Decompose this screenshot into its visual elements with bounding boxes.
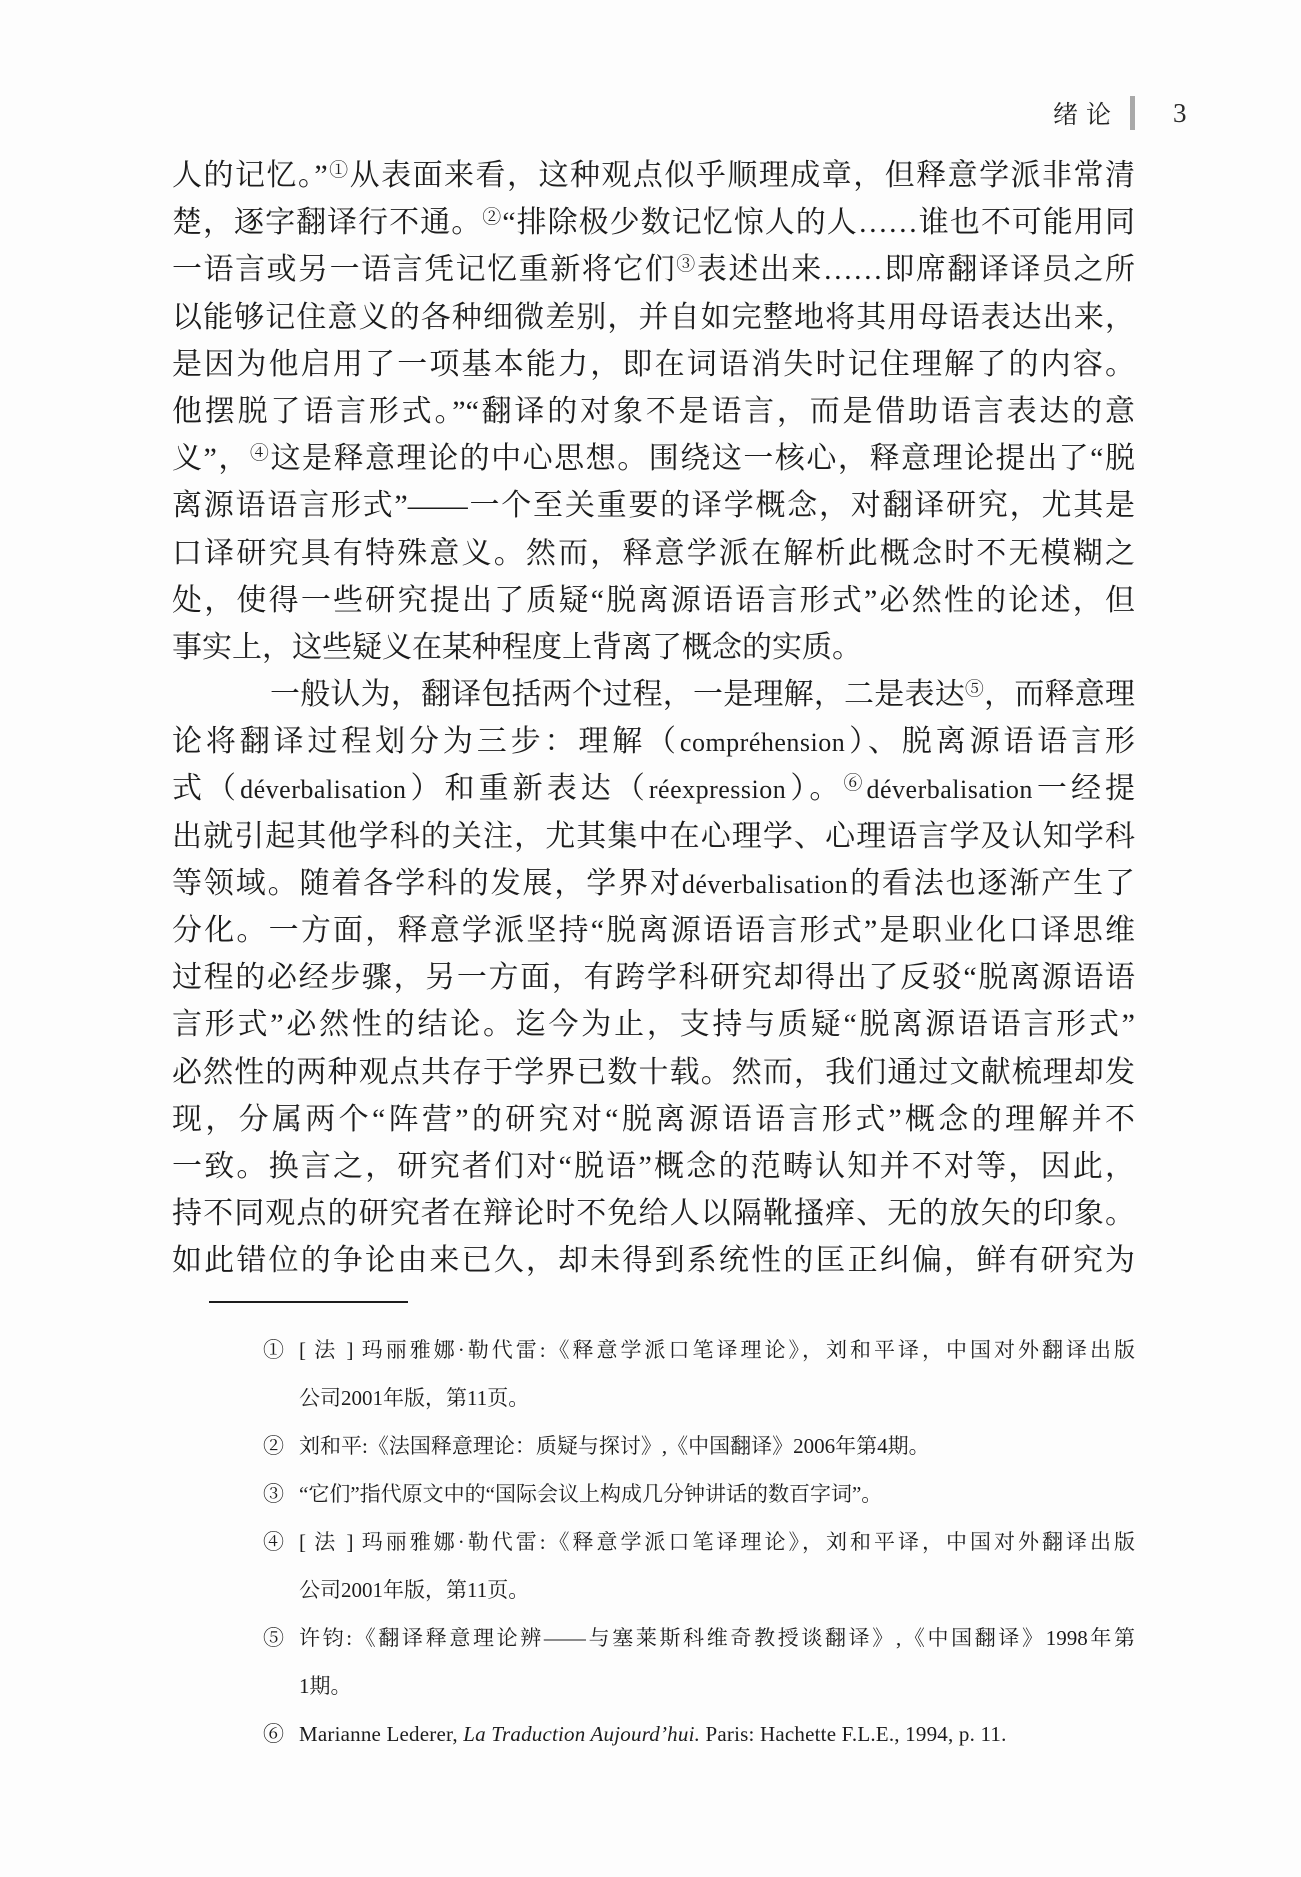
footnote-ref: ②	[482, 207, 502, 228]
page-number: 3	[1173, 98, 1187, 129]
latin-term: déverbalisation	[867, 775, 1033, 804]
latin-term: Marianne Lederer,	[299, 1722, 463, 1746]
book-page: 绪论 3 人的记忆。”①从表面来看，这种观点似乎顺理成章，但释意学派非常清楚，逐…	[0, 0, 1301, 1877]
header-divider	[1130, 96, 1135, 130]
footnote-entry: ③“它们”指代原文中的“国际会议上构成几分钟讲话的数百字词”。	[263, 1470, 1135, 1518]
footnote-marker: ⑤	[263, 1614, 299, 1662]
latin-term: Paris: Hachette F.L.E., 1994, p. 11.	[700, 1722, 1006, 1746]
footnote-line: Marianne Lederer, La Traduction Aujourd’…	[299, 1710, 1135, 1758]
body-text-line: 过程的必经步骤，另一方面，有跨学科研究却得出了反驳“脱离源语语	[172, 954, 1135, 1001]
footnotes: ①[ 法 ] 玛丽雅娜·勒代雷:《释意学派口笔译理论》，刘和平译，中国对外翻译出…	[263, 1326, 1135, 1758]
paragraph: 人的记忆。”①从表面来看，这种观点似乎顺理成章，但释意学派非常清楚，逐字翻译行不…	[172, 152, 1135, 671]
latin-term: déverbalisation	[682, 870, 848, 899]
footnote-text: 许钧:《翻译释意理论辨——与塞莱斯科维奇教授谈翻译》,《中国翻译》1998年第1…	[299, 1614, 1135, 1710]
body-text-line: 以能够记住意义的各种细微差别，并自如完整地将其用母语表达出来，	[172, 294, 1135, 341]
body-text-line: 一致。换言之，研究者们对“脱语”概念的范畴认知并不对等，因此，	[172, 1143, 1135, 1190]
body-text-line: 他摆脱了语言形式。”“翻译的对象不是语言，而是借助语言表达的意	[172, 388, 1135, 435]
footnote-line: 公司2001年版，第11页。	[299, 1566, 1135, 1614]
footnote-ref: ⑤	[965, 679, 984, 700]
paragraph: 一般认为，翻译包括两个过程，一是理解，二是表达⑤，而释意理论将翻译过程划分为三步…	[172, 671, 1135, 1284]
footnote-ref: ③	[676, 254, 697, 275]
footnote-entry: ①[ 法 ] 玛丽雅娜·勒代雷:《释意学派口笔译理论》，刘和平译，中国对外翻译出…	[263, 1326, 1135, 1422]
footnote-line: 公司2001年版，第11页。	[299, 1374, 1135, 1422]
body-text-line: 处，使得一些研究提出了质疑“脱离源语语言形式”必然性的论述，但	[172, 577, 1135, 624]
footnote-line: 刘和平:《法国释意理论：质疑与探讨》,《中国翻译》2006年第4期。	[299, 1422, 1135, 1470]
footnote-marker: ③	[263, 1470, 299, 1518]
body-text-line: 义”，④这是释意理论的中心思想。围绕这一核心，释意理论提出了“脱	[172, 435, 1135, 482]
footnote-entry: ②刘和平:《法国释意理论：质疑与探讨》,《中国翻译》2006年第4期。	[263, 1422, 1135, 1470]
footnote-text: Marianne Lederer, La Traduction Aujourd’…	[299, 1710, 1135, 1758]
footnote-marker: ⑥	[263, 1710, 299, 1758]
footnote-line: 1期。	[299, 1662, 1135, 1710]
main-text: 人的记忆。”①从表面来看，这种观点似乎顺理成章，但释意学派非常清楚，逐字翻译行不…	[172, 152, 1135, 1285]
footnote-marker: ①	[263, 1326, 299, 1374]
body-text-line: 式（déverbalisation）和重新表达（réexpression）。⑥d…	[172, 765, 1135, 812]
latin-term: compréhension	[680, 728, 845, 757]
footnote-line: 许钧:《翻译释意理论辨——与塞莱斯科维奇教授谈翻译》,《中国翻译》1998年第	[299, 1614, 1135, 1662]
body-text-line: 必然性的两种观点共存于学界已数十载。然而，我们通过文献梳理却发	[172, 1049, 1135, 1096]
footnote-entry: ⑤许钧:《翻译释意理论辨——与塞莱斯科维奇教授谈翻译》,《中国翻译》1998年第…	[263, 1614, 1135, 1710]
footnote-text: 刘和平:《法国释意理论：质疑与探讨》,《中国翻译》2006年第4期。	[299, 1422, 1135, 1470]
body-text-line: 一般认为，翻译包括两个过程，一是理解，二是表达⑤，而释意理	[172, 671, 1135, 718]
body-text-line: 论将翻译过程划分为三步：理解（compréhension）、脱离源语语言形	[172, 718, 1135, 765]
footnote-text: [ 法 ] 玛丽雅娜·勒代雷:《释意学派口笔译理论》，刘和平译，中国对外翻译出版…	[299, 1518, 1135, 1614]
footnote-ref: ④	[250, 443, 271, 464]
footnote-entry: ⑥Marianne Lederer, La Traduction Aujourd…	[263, 1710, 1135, 1758]
body-text-line: 言形式”必然性的结论。迄今为止，支持与质疑“脱离源语语言形式”	[172, 1001, 1135, 1048]
page-header: 绪论 3	[1053, 94, 1187, 132]
body-text-line: 口译研究具有特殊意义。然而，释意学派在解析此概念时不无模糊之	[172, 530, 1135, 577]
latin-term: réexpression	[649, 775, 786, 804]
footnote-marker: ②	[263, 1422, 299, 1470]
footnote-text: [ 法 ] 玛丽雅娜·勒代雷:《释意学派口笔译理论》，刘和平译，中国对外翻译出版…	[299, 1326, 1135, 1422]
footnote-ref: ⑥	[843, 773, 866, 794]
footnote-line: [ 法 ] 玛丽雅娜·勒代雷:《释意学派口笔译理论》，刘和平译，中国对外翻译出版	[299, 1326, 1135, 1374]
body-text-line: 一语言或另一语言凭记忆重新将它们③表述出来……即席翻译译员之所	[172, 246, 1135, 293]
body-text-line: 等领域。随着各学科的发展，学界对déverbalisation的看法也逐渐产生了	[172, 860, 1135, 907]
footnote-line: [ 法 ] 玛丽雅娜·勒代雷:《释意学派口笔译理论》，刘和平译，中国对外翻译出版	[299, 1518, 1135, 1566]
body-text-line: 是因为他启用了一项基本能力，即在词语消失时记住理解了的内容。	[172, 341, 1135, 388]
running-title: 绪论	[1053, 95, 1119, 131]
body-text-line: 事实上，这些疑义在某种程度上背离了概念的实质。	[172, 624, 1135, 671]
body-text-line: 人的记忆。”①从表面来看，这种观点似乎顺理成章，但释意学派非常清	[172, 152, 1135, 199]
footnote-text: “它们”指代原文中的“国际会议上构成几分钟讲话的数百字词”。	[299, 1470, 1135, 1518]
footnote-separator	[209, 1301, 408, 1303]
latin-title-italic: La Traduction Aujourd’hui.	[463, 1722, 700, 1746]
body-text-line: 分化。一方面，释意学派坚持“脱离源语语言形式”是职业化口译思维	[172, 907, 1135, 954]
body-text-line: 楚，逐字翻译行不通。②“排除极少数记忆惊人的人……谁也不可能用同	[172, 199, 1135, 246]
footnote-marker: ④	[263, 1518, 299, 1566]
footnote-line: “它们”指代原文中的“国际会议上构成几分钟讲话的数百字词”。	[299, 1470, 1135, 1518]
body-text-line: 出就引起其他学科的关注，尤其集中在心理学、心理语言学及认知学科	[172, 813, 1135, 860]
body-text-line: 持不同观点的研究者在辩论时不免给人以隔靴搔痒、无的放矢的印象。	[172, 1190, 1135, 1237]
body-text-line: 如此错位的争论由来已久，却未得到系统性的匡正纠偏，鲜有研究为	[172, 1237, 1135, 1284]
footnote-entry: ④[ 法 ] 玛丽雅娜·勒代雷:《释意学派口笔译理论》，刘和平译，中国对外翻译出…	[263, 1518, 1135, 1614]
body-text-line: 离源语语言形式”——一个至关重要的译学概念，对翻译研究，尤其是	[172, 482, 1135, 529]
footnote-ref: ①	[328, 160, 350, 181]
body-text-line: 现，分属两个“阵营”的研究对“脱离源语语言形式”概念的理解并不	[172, 1096, 1135, 1143]
latin-term: déverbalisation	[240, 775, 406, 804]
